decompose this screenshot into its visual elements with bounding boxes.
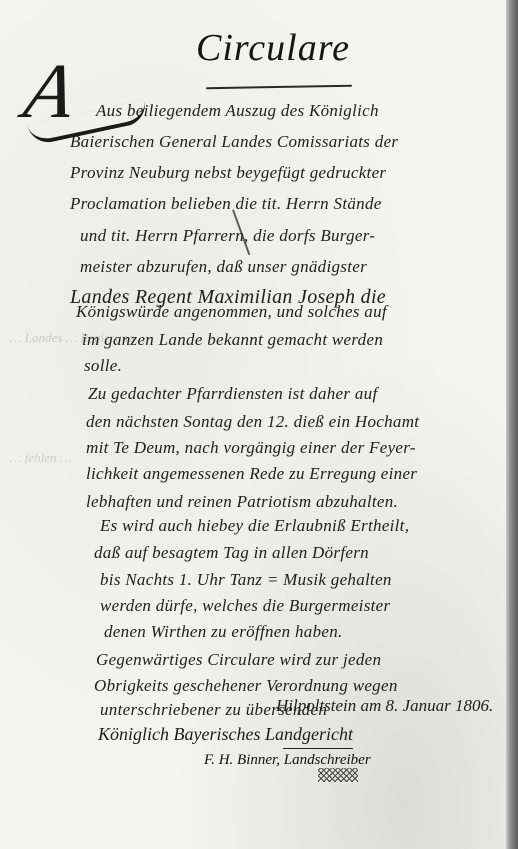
bleed-through-text: … fehlen …: [10, 450, 71, 466]
body-line: werden dürfe, welches die Burgermeister: [100, 596, 390, 616]
body-line: Es wird auch hiebey die Erlaubniß Erthei…: [100, 516, 409, 536]
body-line: Obrigkeits geschehener Verordnung wegen: [94, 676, 398, 696]
body-line: Aus beiliegendem Auszug des Königlich: [96, 101, 379, 121]
body-line: und tit. Herrn Pfarrern, die dorfs Burge…: [80, 226, 375, 246]
body-line: bis Nachts 1. Uhr Tanz = Musik gehalten: [100, 570, 392, 590]
signature: F. H. Binner, Landschreiber: [204, 752, 371, 769]
document-title: Circulare: [196, 26, 350, 70]
body-line: Baierischen General Landes Comissariats …: [70, 132, 398, 152]
body-line: im ganzen Lande bekannt gemacht werden: [82, 330, 383, 350]
body-line: lebhaften und reinen Patriotism abzuhalt…: [86, 492, 398, 512]
body-line: solle.: [84, 356, 122, 376]
body-line: den nächsten Sontag den 12. dieß ein Hoc…: [86, 412, 419, 432]
body-line: daß auf besagtem Tag in allen Dörfern: [94, 543, 369, 563]
closing-authority: Königlich Bayerisches Landgericht: [98, 724, 353, 745]
body-line: Gegenwärtiges Circulare wird zur jeden: [96, 650, 381, 670]
body-line: Proclamation belieben die tit. Herrn Stä…: [70, 194, 382, 214]
body-line: Königswürde angenommen, und solches auf: [76, 302, 387, 322]
title-underline: [206, 85, 352, 90]
body-line: lichkeit angemessenen Rede zu Erregung e…: [86, 464, 417, 484]
body-line: denen Wirthen zu eröffnen haben.: [104, 622, 343, 642]
ink-scribble: [318, 768, 358, 782]
page-binding-edge: [506, 0, 518, 849]
manuscript-page: … Landes … Regierung … … fehlen … A Circ…: [0, 0, 506, 849]
body-line: meister abzurufen, daß unser gnädigster: [80, 257, 367, 277]
dateline: Hilpoltstein am 8. Januar 1806.: [276, 696, 493, 716]
body-line: Provinz Neuburg nebst beygefügt gedruckt…: [70, 163, 386, 183]
body-line: mit Te Deum, nach vorgängig einer der Fe…: [86, 438, 416, 458]
closing-underline: [283, 748, 353, 749]
body-line: Zu gedachter Pfarrdiensten ist daher auf: [88, 384, 378, 404]
